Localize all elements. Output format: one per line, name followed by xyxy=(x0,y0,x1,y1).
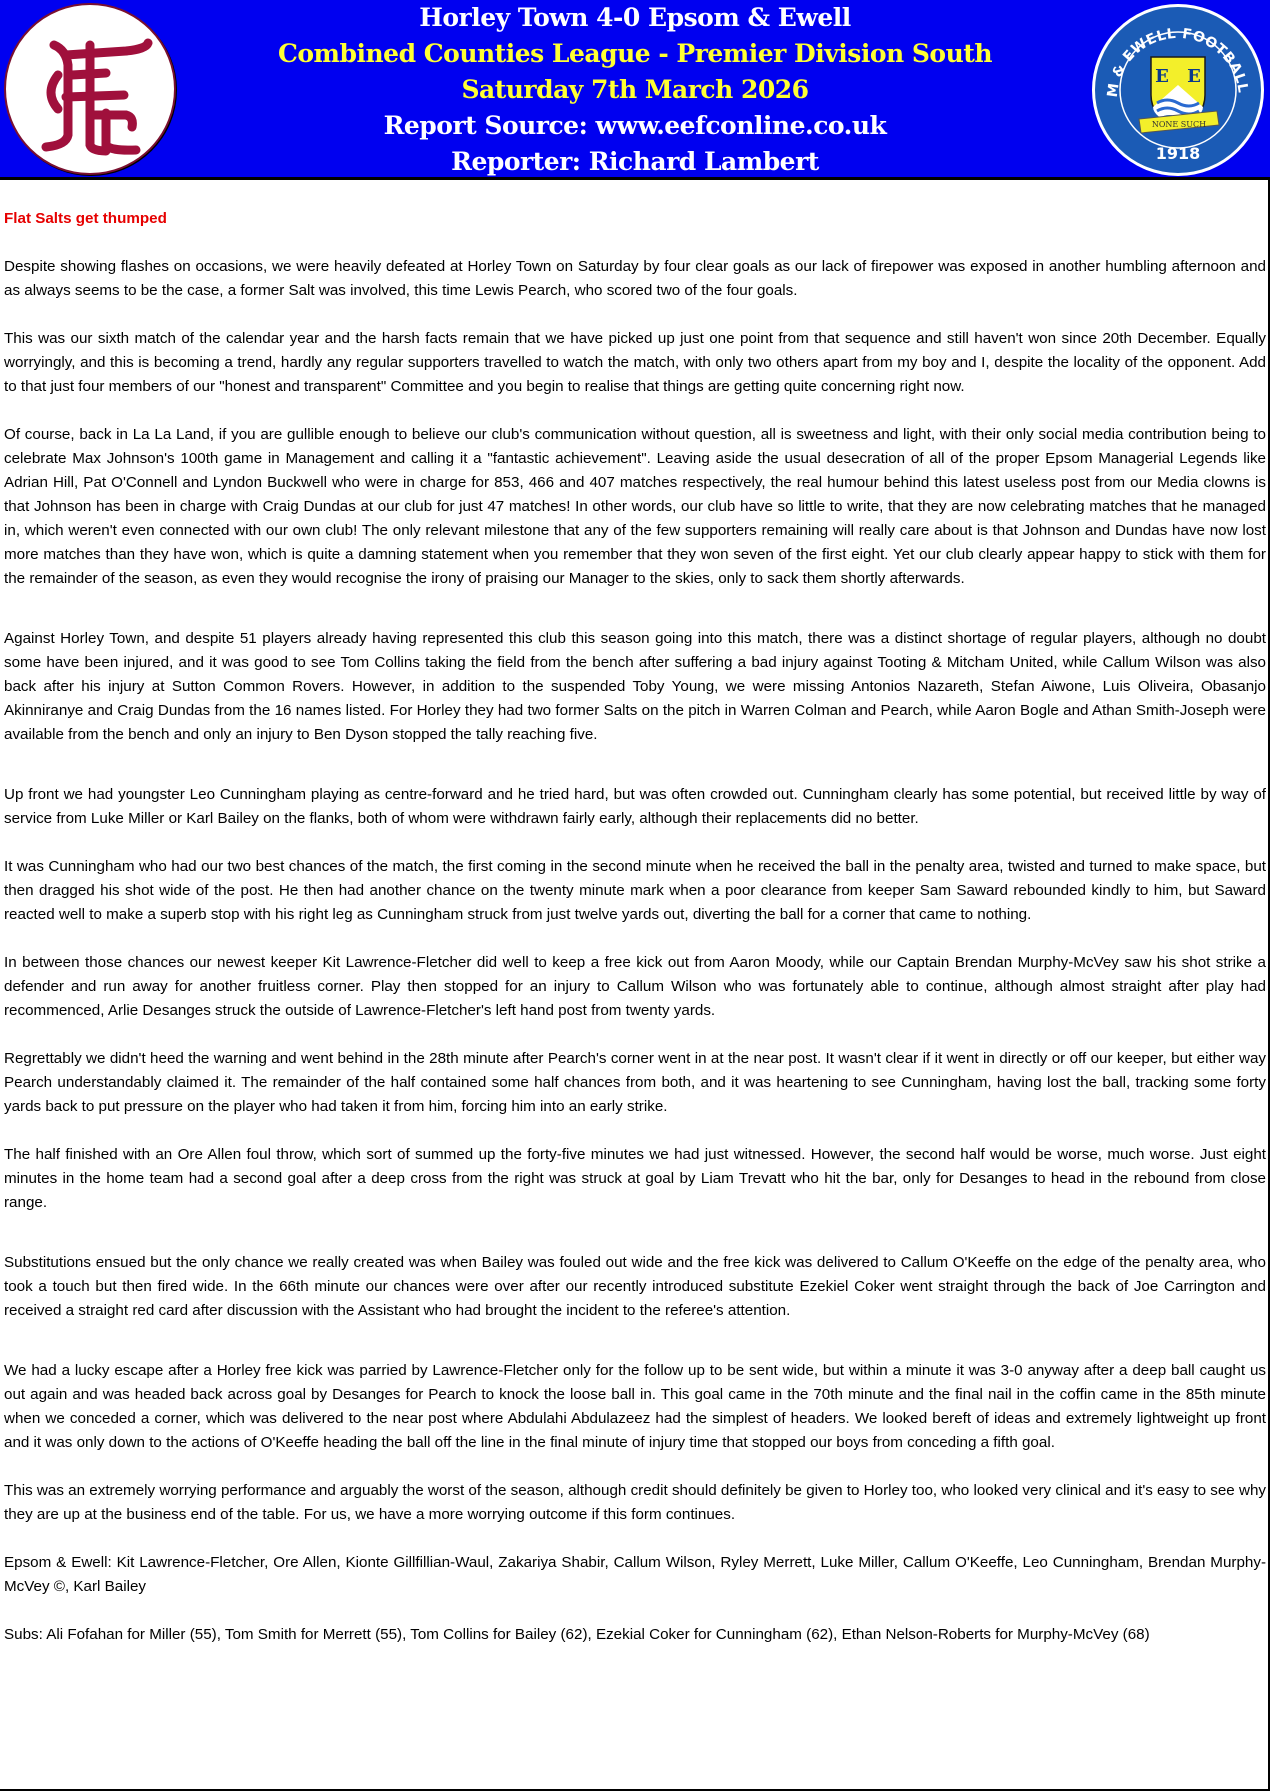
article-paragraph: We had a lucky escape after a Horley fre… xyxy=(4,1359,1266,1455)
match-date: Saturday 7th March 2026 xyxy=(190,72,1080,108)
match-title: Horley Town 4-0 Epsom & Ewell xyxy=(190,0,1080,36)
article-body: Flat Salts get thumped Despite showing f… xyxy=(4,183,1266,1647)
competition-title: Combined Counties League - Premier Divis… xyxy=(190,36,1080,72)
reporter-name: Reporter: Richard Lambert xyxy=(190,144,1080,180)
horley-town-crest-icon xyxy=(4,3,176,175)
article-paragraph: Against Horley Town, and despite 51 play… xyxy=(4,627,1266,747)
svg-text:E: E xyxy=(1187,66,1201,87)
article-paragraph: This was an extremely worrying performan… xyxy=(4,1479,1266,1527)
article-paragraph: The half finished with an Ore Allen foul… xyxy=(4,1143,1266,1215)
article-paragraph: In between those chances our newest keep… xyxy=(4,951,1266,1023)
article-paragraph: Up front we had youngster Leo Cunningham… xyxy=(4,783,1266,831)
article-paragraph: Regrettably we didn't heed the warning a… xyxy=(4,1047,1266,1119)
report-source: Report Source: www.eefconline.co.uk xyxy=(190,108,1080,144)
svg-text:NONE SUCH: NONE SUCH xyxy=(1152,120,1206,129)
club-crest-icon: EPSOM & EWELL FOOTBALL CLUB E E NONE SUC… xyxy=(1095,7,1261,173)
substitutes-list: Subs: Ali Fofahan for Miller (55), Tom S… xyxy=(4,1623,1266,1647)
article-paragraph: This was our sixth match of the calendar… xyxy=(4,327,1266,399)
svg-text:1918: 1918 xyxy=(1156,144,1201,163)
article-paragraph: Of course, back in La La Land, if you ar… xyxy=(4,423,1266,591)
monogram-icon xyxy=(6,5,174,173)
article-headline: Flat Salts get thumped xyxy=(4,207,1266,231)
team-lineup: Epsom & Ewell: Kit Lawrence-Fletcher, Or… xyxy=(4,1551,1266,1599)
article-paragraph: It was Cunningham who had our two best c… xyxy=(4,855,1266,927)
epsom-ewell-badge-icon: EPSOM & EWELL FOOTBALL CLUB E E NONE SUC… xyxy=(1092,4,1264,176)
report-page: Horley Town 4-0 Epsom & Ewell Combined C… xyxy=(0,0,1270,1791)
svg-text:E: E xyxy=(1155,66,1169,87)
report-header: Horley Town 4-0 Epsom & Ewell Combined C… xyxy=(0,0,1270,180)
article-paragraph: Despite showing flashes on occasions, we… xyxy=(4,255,1266,303)
article-paragraph: Substitutions ensued but the only chance… xyxy=(4,1251,1266,1323)
header-titles: Horley Town 4-0 Epsom & Ewell Combined C… xyxy=(190,0,1080,180)
